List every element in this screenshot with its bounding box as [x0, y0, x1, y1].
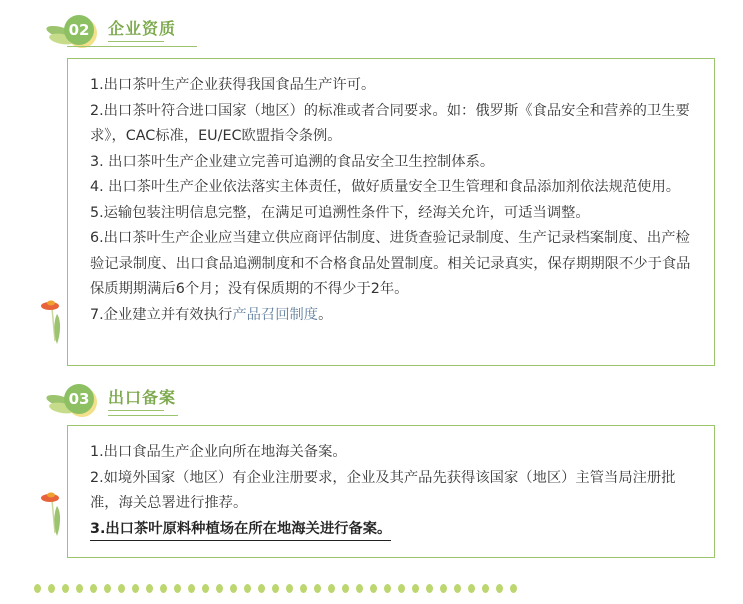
- list-item: 1.出口食品生产企业向所在地海关备案。: [90, 440, 692, 466]
- divider: [67, 46, 197, 47]
- list-item: 5.运输包装注明信息完整，在满足可追溯性条件下，经海关允许，可适当调整。: [90, 201, 692, 227]
- list-item: 3. 出口茶叶生产企业建立完善可追溯的食品安全卫生控制体系。: [90, 150, 692, 176]
- list-item: 3.出口茶叶原料种植场在所在地海关进行备案。: [90, 517, 692, 543]
- bold-item: 3.出口茶叶原料种植场在所在地海关进行备案。: [90, 518, 391, 541]
- list-item: 2.如境外国家（地区）有企业注册要求，企业及其产品先获得该国家（地区）主管当局注…: [90, 466, 692, 517]
- flower-icon: [40, 488, 64, 538]
- title-underline: [108, 415, 178, 416]
- section-number-badge: 03: [64, 384, 94, 414]
- title-underline: [108, 410, 164, 411]
- item-text: 7.企业建立并有效执行: [90, 307, 232, 323]
- section-title: 出口备案: [108, 385, 176, 408]
- section-number-badge: 02: [64, 15, 94, 45]
- recall-system-link[interactable]: 产品召回制度: [232, 307, 318, 323]
- section-title: 企业资质: [108, 16, 176, 39]
- list-item: 7.企业建立并有效执行产品召回制度。: [90, 303, 692, 329]
- item-text: 。: [318, 307, 332, 323]
- list-item: 4. 出口茶叶生产企业依法落实主体责任，做好质量安全卫生管理和食品添加剂依法规范…: [90, 175, 692, 201]
- section-header-03: 03 出口备案: [46, 381, 246, 421]
- title-underline: [108, 41, 164, 42]
- flower-icon: [40, 296, 64, 346]
- content-box-03: 1.出口食品生产企业向所在地海关备案。 2.如境外国家（地区）有企业注册要求，企…: [67, 425, 715, 558]
- dotted-divider: [34, 584, 524, 593]
- list-item: 2.出口茶叶符合进口国家（地区）的标准或者合同要求。如：俄罗斯《食品安全和营养的…: [90, 99, 692, 150]
- list-item: 6.出口茶叶生产企业应当建立供应商评估制度、进货查验记录制度、生产记录档案制度、…: [90, 226, 692, 303]
- content-box-02: 1.出口茶叶生产企业获得我国食品生产许可。 2.出口茶叶符合进口国家（地区）的标…: [67, 58, 715, 366]
- list-item: 1.出口茶叶生产企业获得我国食品生产许可。: [90, 73, 692, 99]
